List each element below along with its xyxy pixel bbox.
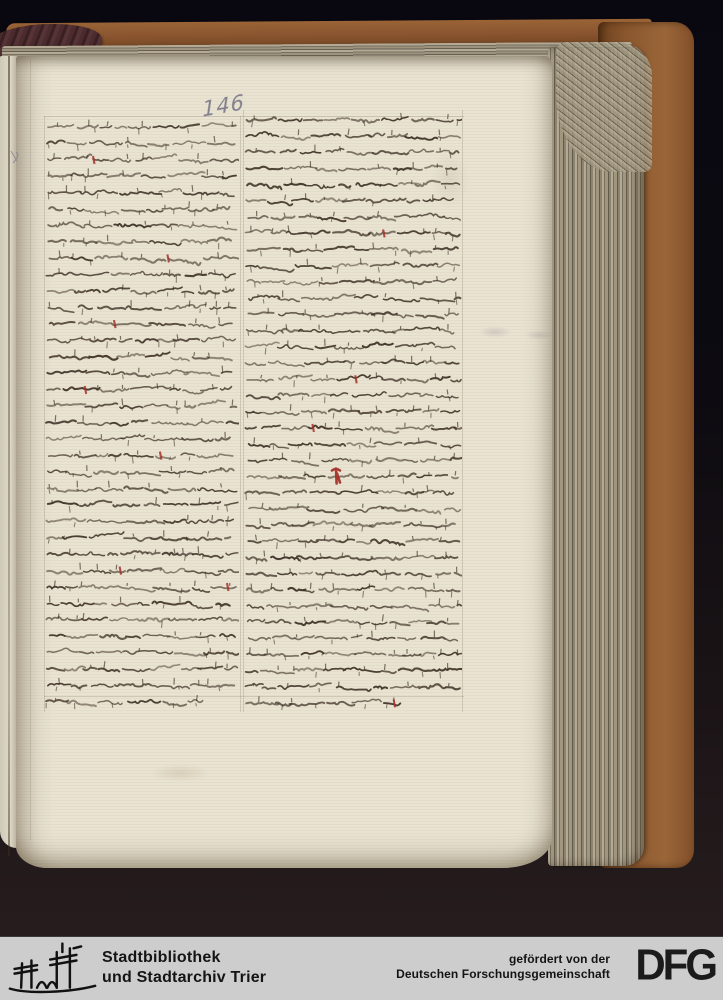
funding-line1: gefördert von der <box>396 952 610 967</box>
library-name: Stadtbibliothek und Stadtarchiv Trier <box>102 948 266 988</box>
ruling-line-vertical <box>462 110 463 712</box>
dfg-logo: DFG <box>635 941 715 989</box>
library-name-line1: Stadtbibliothek <box>102 948 266 968</box>
funding-credit: gefördert von der Deutschen Forschungsge… <box>396 952 610 982</box>
manuscript-text-column-left <box>45 118 239 716</box>
footer-bar: Stadtbibliothek und Stadtarchiv Trier ge… <box>0 937 723 1000</box>
funding-line2: Deutschen Forschungsgemeinschaft <box>396 967 610 982</box>
manuscript-text-column-right <box>244 111 462 717</box>
gutter-crease-faint <box>30 60 31 840</box>
digitized-manuscript-scan: 146 Stadtbibliothek und S <box>0 0 723 1000</box>
stadtbibliothek-logo-icon <box>8 939 98 997</box>
gutter-crease <box>8 56 10 856</box>
library-name-line2: und Stadtarchiv Trier <box>102 968 266 988</box>
margin-pencil-mark <box>8 148 22 166</box>
ruling-line-vertical <box>240 116 241 712</box>
